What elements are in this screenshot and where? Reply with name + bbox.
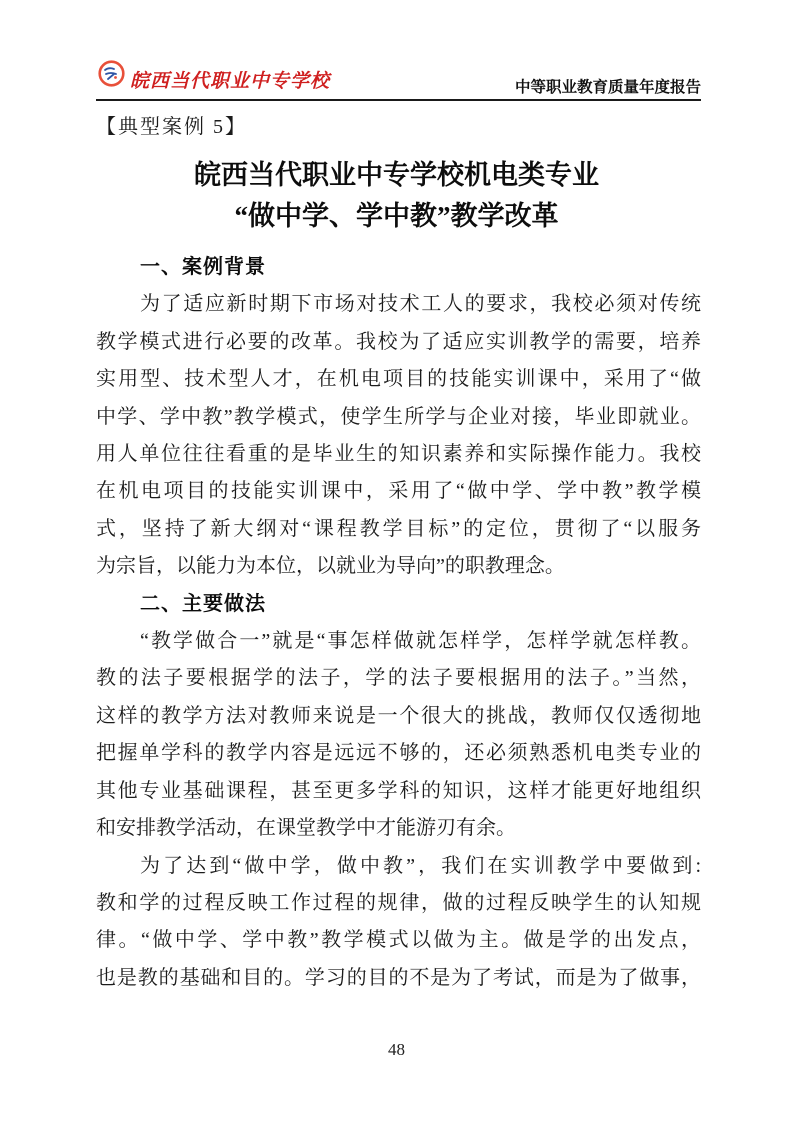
body-line: 教学模式进行必要的改革。我校为了适应实训教学的需要，培养 <box>96 324 701 361</box>
body-line: 为了达到“做中学，做中教”，我们在实训教学中要做到: <box>96 848 701 885</box>
body-line: 为了适应新时期下市场对技术工人的要求，我校必须对传统 <box>96 286 701 323</box>
body-line: “教学做合一”就是“事怎样做就怎样学，怎样学就怎样教。 <box>96 623 701 660</box>
body-line: 这样的教学方法对教师来说是一个很大的挑战，教师仅仅透彻地 <box>96 698 701 735</box>
document-title-line1: 皖西当代职业中专学校机电类专业 <box>0 155 793 196</box>
body-line: 和安排教学活动，在课堂教学中才能游刃有余。 <box>96 810 701 847</box>
header-rule <box>96 99 701 101</box>
body-line: 其他专业基础课程，甚至更多学科的知识，这样才能更好地组织 <box>96 773 701 810</box>
body-line: 式，坚持了新大纲对“课程教学目标”的定位，贯彻了“以服务 <box>96 511 701 548</box>
body-line: 教和学的过程反映工作过程的规律，做的过程反映学生的认知规 <box>96 885 701 922</box>
body-line: 为宗旨，以能力为本位，以就业为导向”的职教理念。 <box>96 548 701 585</box>
report-title: 中等职业教育质量年度报告 <box>515 75 701 97</box>
body-line: 在机电项目的技能实训课中，采用了“做中学、学中教”教学模 <box>96 473 701 510</box>
section-heading: 二、主要做法 <box>96 586 701 623</box>
body-line: 实用型、技术型人才，在机电项目的技能实训课中，采用了“做 <box>96 361 701 398</box>
document-body: 一、案例背景为了适应新时期下市场对技术工人的要求，我校必须对传统教学模式进行必要… <box>96 249 701 997</box>
body-line: 把握单学科的教学内容是远远不够的，还必须熟悉机电类专业的 <box>96 735 701 772</box>
school-name: 皖西当代职业中专学校 <box>130 66 330 93</box>
page-number: 48 <box>0 1040 793 1060</box>
body-line: 用人单位往往看重的是毕业生的知识素养和实际操作能力。我校 <box>96 436 701 473</box>
body-line: 也是教的基础和目的。学习的目的不是为了考试，而是为了做事， <box>96 960 701 997</box>
body-line: 中学、学中教”教学模式，使学生所学与企业对接，毕业即就业。 <box>96 399 701 436</box>
body-line: 教的法子要根据学的法子，学的法子要根据用的法子。”当然， <box>96 660 701 697</box>
body-line: 律。“做中学、学中教”教学模式以做为主。做是学的出发点， <box>96 922 701 959</box>
document-page: 皖西当代职业中专学校 中等职业教育质量年度报告 【典型案例 5】 皖西当代职业中… <box>0 0 793 1122</box>
document-title: 皖西当代职业中专学校机电类专业 “做中学、学中教”教学改革 <box>0 155 793 237</box>
document-title-line2: “做中学、学中教”教学改革 <box>0 196 793 237</box>
case-label: 【典型案例 5】 <box>96 113 247 141</box>
section-heading: 一、案例背景 <box>96 249 701 286</box>
school-logo-icon <box>98 60 125 87</box>
